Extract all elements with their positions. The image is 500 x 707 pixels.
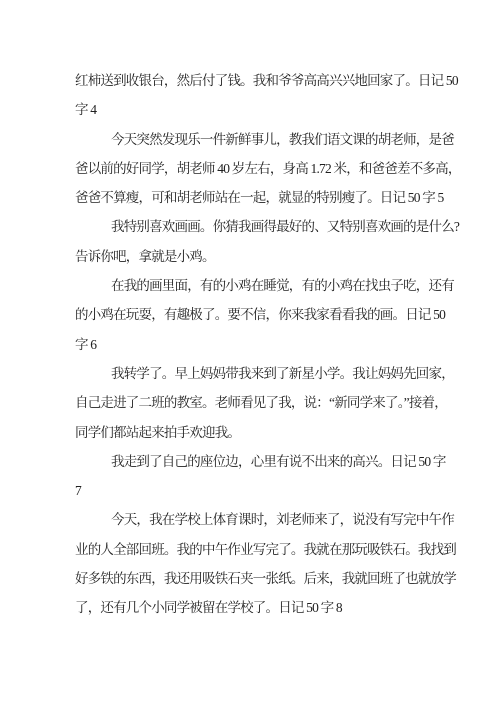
text-line: 今天突然发现乐一件新鲜事儿，教我们语文课的胡老师，是爸 [75, 125, 431, 154]
text-line: 我转学了。早上妈妈带我来到了新星小学。我让妈妈先回家， [75, 359, 431, 388]
text-line: 同学们都站起来拍手欢迎我。 [75, 418, 431, 447]
text-line: 自己走进了二班的教室。老师看见了我，说：“新同学来了。”接着， [75, 388, 431, 417]
text-line: 我特别喜欢画画。你猜我画得最好的、又特别喜欢画的是什么? [75, 212, 431, 241]
document-text: 红柿送到收银台，然后付了钱。我和爷爷高高兴兴地回家了。日记 50字 4今天突然发… [75, 66, 431, 623]
text-line: 今天，我在学校上体育课时，刘老师来了，说没有写完中午作 [75, 505, 431, 534]
text-line: 好多铁的东西，我还用吸铁石夹一张纸。后来，我就回班了也就放学 [75, 564, 431, 593]
text-line: 业的人全部回班。我的中午作业写完了。我就在那玩吸铁石。我找到 [75, 535, 431, 564]
text-line: 爸以前的好同学，胡老师 40 岁左右，身高 1.72 米，和爸爸差不多高， [75, 154, 431, 183]
text-line: 在我的画里面，有的小鸡在睡觉，有的小鸡在找虫子吃，还有 [75, 271, 431, 300]
text-line: 告诉你吧，拿就是小鸡。 [75, 242, 431, 271]
document-page: 红柿送到收银台，然后付了钱。我和爷爷高高兴兴地回家了。日记 50字 4今天突然发… [0, 0, 500, 707]
text-line: 爸爸不算瘦，可和胡老师站在一起，就显的特别瘦了。日记 50 字 5 [75, 183, 431, 212]
text-line: 字 4 [75, 95, 431, 124]
text-line: 了，还有几个小同学被留在学校了。日记 50 字 8 [75, 593, 431, 622]
text-line: 的小鸡在玩耍，有趣极了。要不信，你来我家看看我的画。日记 50 [75, 300, 431, 329]
text-line: 字 6 [75, 330, 431, 359]
text-line: 7 [75, 476, 431, 505]
text-line: 红柿送到收银台，然后付了钱。我和爷爷高高兴兴地回家了。日记 50 [75, 66, 431, 95]
text-line: 我走到了自己的座位边，心里有说不出来的高兴。日记 50 字 [75, 447, 431, 476]
